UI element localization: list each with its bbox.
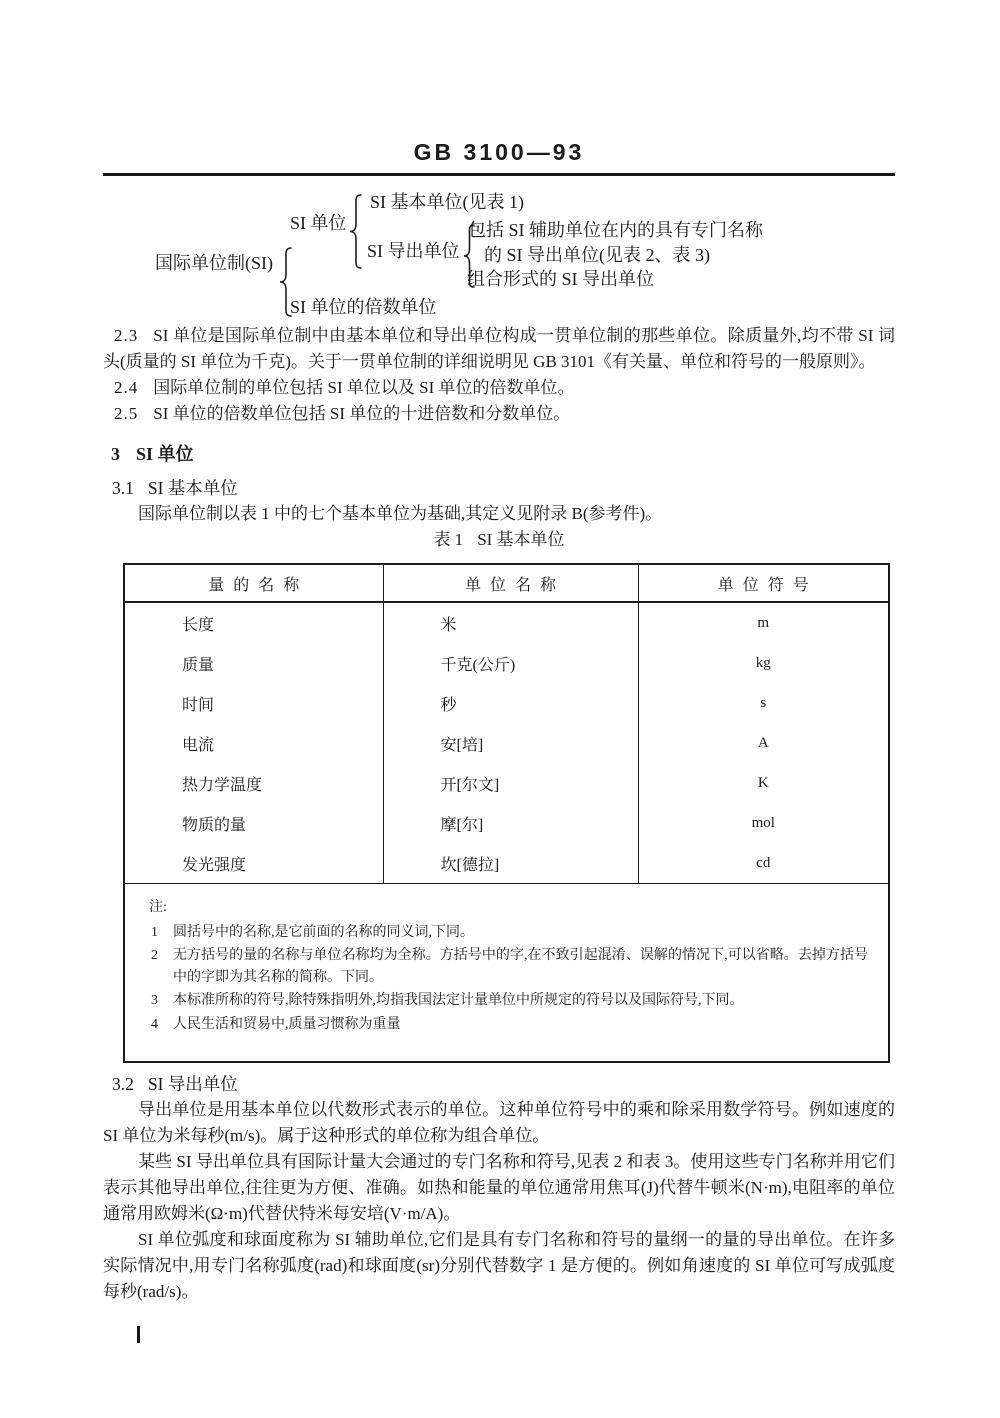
diagram-si-unit-label: SI 单位 [290,210,347,236]
clause-text: 国际单位制的单位包括 SI 单位以及 SI 单位的倍数单位。 [153,378,574,397]
cell-quantity: 发光强度 [124,843,383,884]
section-title: SI 导出单位 [148,1074,238,1094]
clause-2-5: 2.5SI 单位的倍数单位包括 SI 单位的十进倍数和分数单位。 [103,401,895,427]
clause-2-4: 2.4国际单位制的单位包括 SI 单位以及 SI 单位的倍数单位。 [103,375,895,401]
column-header-unit-symbol: 单位符号 [638,564,889,602]
table-row: 质量 千克(公斤) kg [124,643,889,683]
section-number: 3.1 [112,478,134,498]
table-1-caption: 表 1SI 基本单位 [103,527,895,553]
scan-artifact-mark [137,1326,140,1343]
table-row: 物质的量 摩[尔] mol [124,803,889,843]
diagram-derived-line2: 的 SI 导出单位(见表 2、表 3) [484,242,710,268]
table-row: 时间 秒 s [124,683,889,723]
section-title: SI 单位 [136,444,194,464]
brace-si-unit-icon [349,194,363,269]
cell-quantity: 物质的量 [124,803,383,843]
section-number: 3.2 [112,1074,134,1094]
table-note-2: 2无方括号的量的名称与单位名称均为全称。方括号中的字,在不致引起混淆、误解的情况… [149,945,868,988]
notes-label: 注: [149,897,868,919]
section-3-2-paragraph-2: 某些 SI 导出单位具有国际计量大会通过的专门名称和符号,见表 2 和表 3。使… [103,1149,895,1227]
clause-text: SI 单位的倍数单位包括 SI 单位的十进倍数和分数单位。 [153,404,570,423]
table-header-row: 量的名称 单位名称 单位符号 [124,564,889,602]
table-caption-title: SI 基本单位 [477,530,564,549]
table-caption-label: 表 1 [433,530,463,549]
note-number: 1 [151,922,158,944]
note-text: 圆括号中的名称,是它前面的名称的同义词,下同。 [173,925,474,940]
note-number: 3 [151,990,158,1012]
clause-number: 2.3 [114,326,138,345]
section-3-2-paragraph-3: SI 单位弧度和球面度称为 SI 辅助单位,它们是具有专门名称和符号的量纲一的量… [103,1227,895,1305]
cell-quantity: 时间 [124,683,383,723]
diagram-si-base-label: SI 基本单位(见表 1) [370,189,524,215]
note-text: 人民生活和贸易中,质量习惯称为重量 [173,1017,401,1032]
note-text: 无方括号的量的名称与单位名称均为全称。方括号中的字,在不致引起混淆、误解的情况下… [173,948,868,985]
section-3-1-intro: 国际单位制以表 1 中的七个基本单位为基础,其定义见附录 B(参考件)。 [103,501,895,527]
si-base-units-table: 量的名称 单位名称 单位符号 长度 米 m 质量 千克(公斤) kg 时间 [123,563,890,1063]
table-row: 电流 安[培] A [124,723,889,763]
table-note-1: 1圆括号中的名称,是它前面的名称的同义词,下同。 [149,922,868,944]
note-number: 2 [151,945,158,967]
header-rule [103,173,895,176]
section-3-1-heading: 3.1SI 基本单位 [103,475,895,501]
clause-number: 2.4 [114,378,138,397]
diagram-derived-line1: 包括 SI 辅助单位在内的具有专门名称 [468,217,763,243]
cell-unit-symbol: mol [638,803,889,843]
si-classification-diagram: 国际单位制(SI) SI 单位 SI 基本单位(见表 1) SI 导出单位 包括… [103,186,895,319]
table-notes-row: 注: 1圆括号中的名称,是它前面的名称的同义词,下同。 2无方括号的量的名称与单… [124,884,889,1063]
cell-unit-symbol: m [638,602,889,643]
cell-unit-name: 摩[尔] [383,803,638,843]
table-row: 长度 米 m [124,602,889,643]
section-3-2-paragraph-1: 导出单位是用基本单位以代数形式表示的单位。这种单位符号中的乘和除采用数学符号。例… [103,1097,895,1149]
cell-unit-symbol: A [638,723,889,763]
section-number: 3 [111,444,120,464]
column-header-unit-name: 单位名称 [383,564,638,602]
cell-unit-name: 秒 [383,683,638,723]
cell-unit-name: 米 [383,602,638,643]
cell-unit-name: 千克(公斤) [383,643,638,683]
cell-unit-symbol: cd [638,843,889,884]
clause-number: 2.5 [114,404,138,423]
cell-unit-name: 安[培] [383,723,638,763]
note-number: 4 [151,1014,158,1036]
diagram-derived-line3: 组合形式的 SI 导出单位 [467,266,654,292]
doc-number: GB 3100—93 [103,138,895,166]
table-note-4: 4人民生活和贸易中,质量习惯称为重量 [149,1014,868,1036]
table-row: 热力学温度 开[尔文] K [124,763,889,803]
clause-2-3: 2.3SI 单位是国际单位制中由基本单位和导出单位构成一贯单位制的那些单位。除质… [103,323,895,375]
cell-quantity: 质量 [124,643,383,683]
cell-unit-symbol: kg [638,643,889,683]
section-3-heading: 3SI 单位 [103,441,895,467]
diagram-si-derived-label: SI 导出单位 [367,238,460,264]
cell-quantity: 电流 [124,723,383,763]
section-3-2-heading: 3.2SI 导出单位 [103,1071,895,1097]
document-page: GB 3100—93 国际单位制(SI) SI 单位 SI 基本单位(见表 1)… [0,0,1000,1418]
clause-text: SI 单位是国际单位制中由基本单位和导出单位构成一贯单位制的那些单位。除质量外,… [103,326,895,371]
table-notes: 注: 1圆括号中的名称,是它前面的名称的同义词,下同。 2无方括号的量的名称与单… [124,884,889,1063]
section-title: SI 基本单位 [148,478,238,498]
cell-unit-name: 坎[德拉] [383,843,638,884]
cell-unit-symbol: s [638,683,889,723]
diagram-si-multiples-label: SI 单位的倍数单位 [290,294,437,320]
table-note-3: 3本标准所称的符号,除特殊指明外,均指我国法定计量单位中所规定的符号以及国际符号… [149,990,868,1012]
diagram-root-label: 国际单位制(SI) [155,250,273,276]
cell-unit-symbol: K [638,763,889,803]
note-text: 本标准所称的符号,除特殊指明外,均指我国法定计量单位中所规定的符号以及国际符号,… [173,993,744,1008]
cell-quantity: 长度 [124,602,383,643]
column-header-quantity: 量的名称 [124,564,383,602]
page-content: GB 3100—93 国际单位制(SI) SI 单位 SI 基本单位(见表 1)… [103,138,895,1305]
cell-unit-name: 开[尔文] [383,763,638,803]
cell-quantity: 热力学温度 [124,763,383,803]
table-row: 发光强度 坎[德拉] cd [124,843,889,884]
